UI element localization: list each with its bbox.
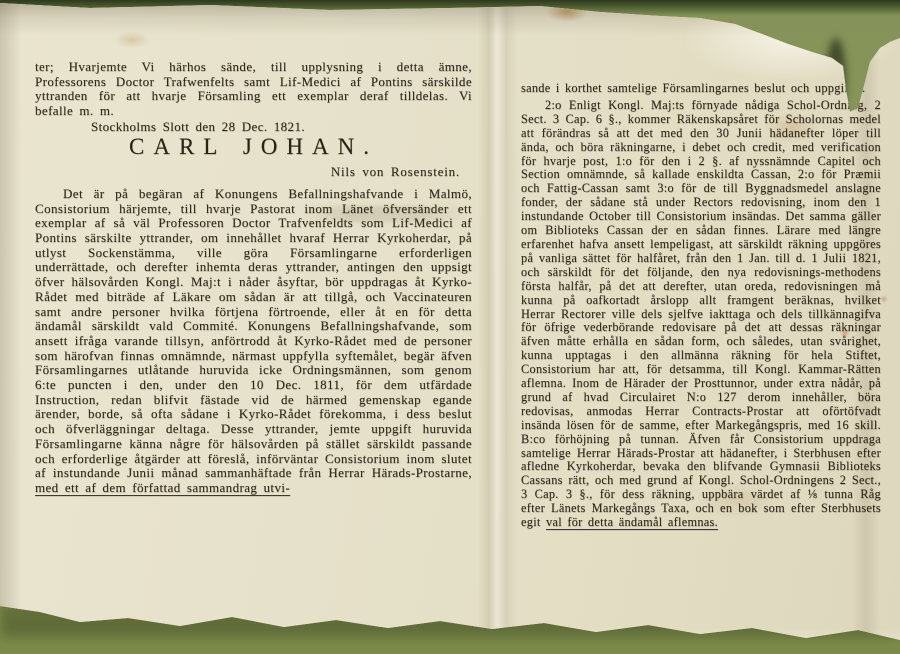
second-section-text: 2:o Enligt Kongl. Maj:ts förnyade nådiga…: [521, 98, 881, 529]
main-paragraph: Det är på begäran af Konungens Befallnin…: [35, 187, 472, 496]
dateline: Stockholms Slott den 28 Dec. 1821.: [91, 120, 472, 135]
main-paragraph-underlined-text: med ett af dem författad sammandrag utvi…: [35, 480, 290, 495]
right-column: sande i korthet samtelige Församlingarne…: [521, 82, 881, 530]
continuation-paragraph: sande i korthet samtelige Församlingarne…: [521, 82, 881, 96]
book-cover-background: ter; Hvarjemte Vi härhos sände, till upp…: [0, 0, 900, 654]
countersignature: Nils von Rosenstein.: [35, 165, 460, 180]
second-section-underlined-text: val för detta ändamål aflemnas.: [546, 515, 718, 529]
second-section-paragraph: 2:o Enligt Kongl. Maj:ts förnyade nådiga…: [521, 99, 881, 530]
document-page: ter; Hvarjemte Vi härhos sände, till upp…: [0, 0, 900, 654]
main-paragraph-text: Det är på begäran af Konungens Befallnin…: [35, 186, 472, 480]
royal-signature: CARL JOHAN.: [35, 140, 472, 155]
intro-paragraph: ter; Hvarjemte Vi härhos sände, till upp…: [35, 60, 472, 119]
left-column: ter; Hvarjemte Vi härhos sände, till upp…: [35, 60, 472, 496]
